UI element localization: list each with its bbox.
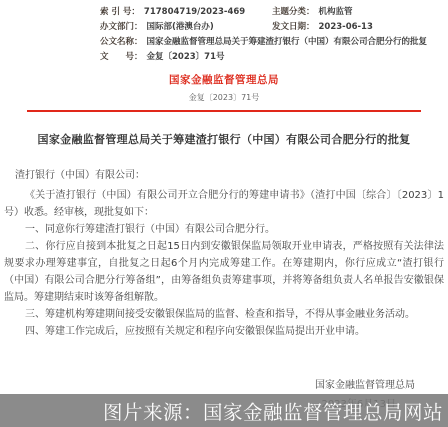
document-page: 索 引 号： 717804719/2023-469 主题分类： 机构监管 办文部… [0, 0, 448, 427]
body-paragraph: 《关于渣打银行（中国）有限公司开立合肥分行的筹建申请书》（渣打中国〔综合〕〔20… [4, 187, 444, 221]
red-divider-rule [27, 110, 421, 112]
document-name-value: 国家金融监督管理总局关于筹建渣打银行（中国）有限公司合肥分行的批复 [147, 35, 428, 50]
body-paragraph: 四、筹建工作完成后，应按照有关规定和程序向安徽银保监局提出开业申请。 [4, 323, 444, 340]
signature-agency: 国家金融监督管理总局 [315, 376, 415, 391]
issuing-department-label: 办文部门： [100, 20, 143, 35]
index-number-value: 717804719/2023-469 [144, 5, 245, 20]
image-source-caption-bar: 图片来源：国家金融监督管理总局网站 [0, 394, 448, 427]
issue-date-value: 2023-06-13 [319, 20, 373, 35]
document-body: 渣打银行（中国）有限公司： 《关于渣打银行（中国）有限公司开立合肥分行的筹建申请… [4, 167, 444, 340]
document-title: 国家金融监督管理总局关于筹建渣打银行（中国）有限公司合肥分行的批复 [28, 132, 420, 147]
metadata-cell-index-number: 索 引 号： 717804719/2023-469 [100, 5, 272, 20]
metadata-cell-issue-date: 发文日期： 2023-06-13 [272, 20, 373, 35]
issuing-department-value: 国际部(港澳台办) [147, 20, 214, 35]
body-paragraph: 三、筹建机构筹建期间接受安徽银保监局的监督、检查和指导，不得从事金融业务活动。 [4, 306, 444, 323]
topic-category-value: 机构监管 [319, 5, 353, 20]
salutation: 渣打银行（中国）有限公司： [15, 167, 444, 184]
agency-title: 国家金融监督管理总局 [0, 72, 448, 87]
metadata-row: 公文名称： 国家金融监督管理总局关于筹建渣打银行（中国）有限公司合肥分行的批复 [100, 35, 442, 50]
body-paragraph: 一、同意你行筹建渣打银行（中国）有限公司合肥分行。 [4, 221, 444, 238]
image-source-caption: 图片来源：国家金融监督管理总局网站 [103, 397, 443, 425]
metadata-cell-issuing-department: 办文部门： 国际部(港澳台办) [100, 20, 272, 35]
document-reference-number: 金复〔2023〕71号 [0, 92, 448, 103]
metadata-cell-topic-category: 主题分类： 机构监管 [272, 5, 353, 20]
document-number-label: 文 号： [100, 50, 143, 65]
document-name-label: 公文名称： [100, 35, 143, 50]
document-number-value: 金复〔2023〕71号 [147, 50, 225, 65]
body-paragraph: 二、你行应自接到本批复之日起15日内到安徽银保监局领取开业申请表，严格按照有关法… [4, 238, 444, 306]
issue-date-label: 发文日期： [272, 20, 315, 35]
topic-category-label: 主题分类： [272, 5, 315, 20]
metadata-row: 索 引 号： 717804719/2023-469 主题分类： 机构监管 [100, 5, 442, 20]
metadata-row: 办文部门： 国际部(港澳台办) 发文日期： 2023-06-13 [100, 20, 442, 35]
metadata-cell-document-name: 公文名称： 国家金融监督管理总局关于筹建渣打银行（中国）有限公司合肥分行的批复 [100, 35, 427, 50]
index-number-label: 索 引 号： [100, 5, 140, 20]
metadata-cell-document-number: 文 号： 金复〔2023〕71号 [100, 50, 225, 65]
document-metadata: 索 引 号： 717804719/2023-469 主题分类： 机构监管 办文部… [100, 5, 442, 65]
metadata-row: 文 号： 金复〔2023〕71号 [100, 50, 442, 65]
